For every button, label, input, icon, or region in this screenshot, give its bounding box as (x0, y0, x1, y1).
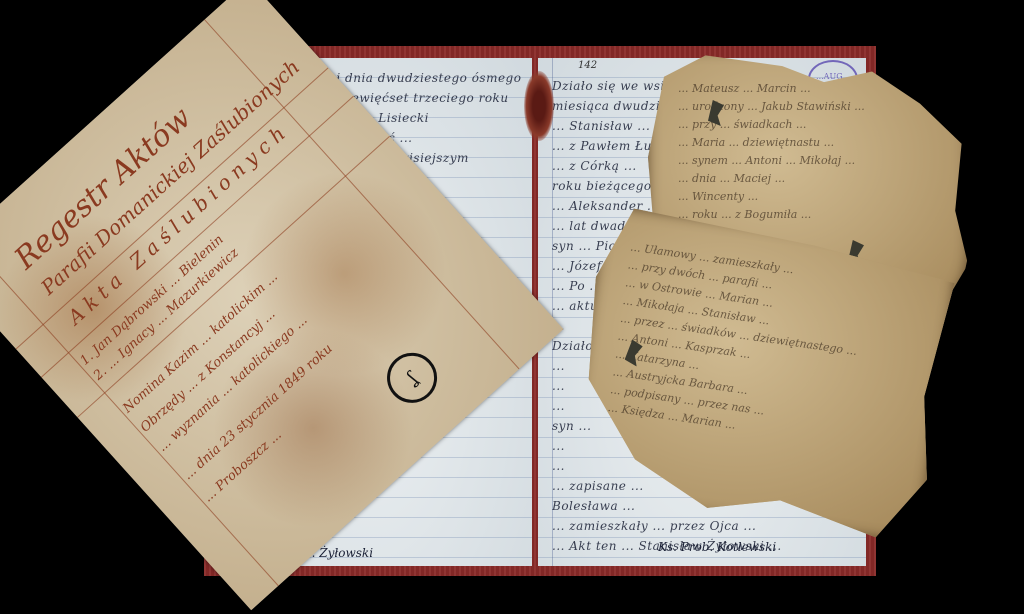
signature: Ks. Prob. Kotlewski (658, 540, 776, 554)
handwritten-line: ... Mateusz ... Marcin ... (678, 80, 948, 98)
register-entry: ... Proboszcz ... (201, 428, 285, 506)
handwritten-line: ... Wincenty ... (678, 188, 948, 206)
fragment-handwriting: ... Ułamowy ... zamieszkały ... ... przy… (607, 239, 935, 460)
ink-seal-icon: ʆ (377, 343, 448, 414)
photo-collage: Działo się we wsi dnia dwudziestego ósme… (0, 0, 1024, 614)
fragment-handwriting: ... Mateusz ... Marcin ... ... urodzony … (678, 80, 948, 224)
handwritten-line: ... Maria ... dziewiętnastu ... (678, 134, 948, 152)
handwritten-line: ... synem ... Antoni ... Mikołaj ... (678, 152, 948, 170)
page-number: 142 (578, 60, 597, 71)
handwritten-line: ... dnia ... Maciej ... (678, 170, 948, 188)
handwritten-line: ... roku ... z Bogumiła ... (678, 206, 948, 224)
handwritten-line: ... zamieszkały ... przez Ojca ... (552, 516, 856, 536)
burn-stain (524, 71, 554, 141)
